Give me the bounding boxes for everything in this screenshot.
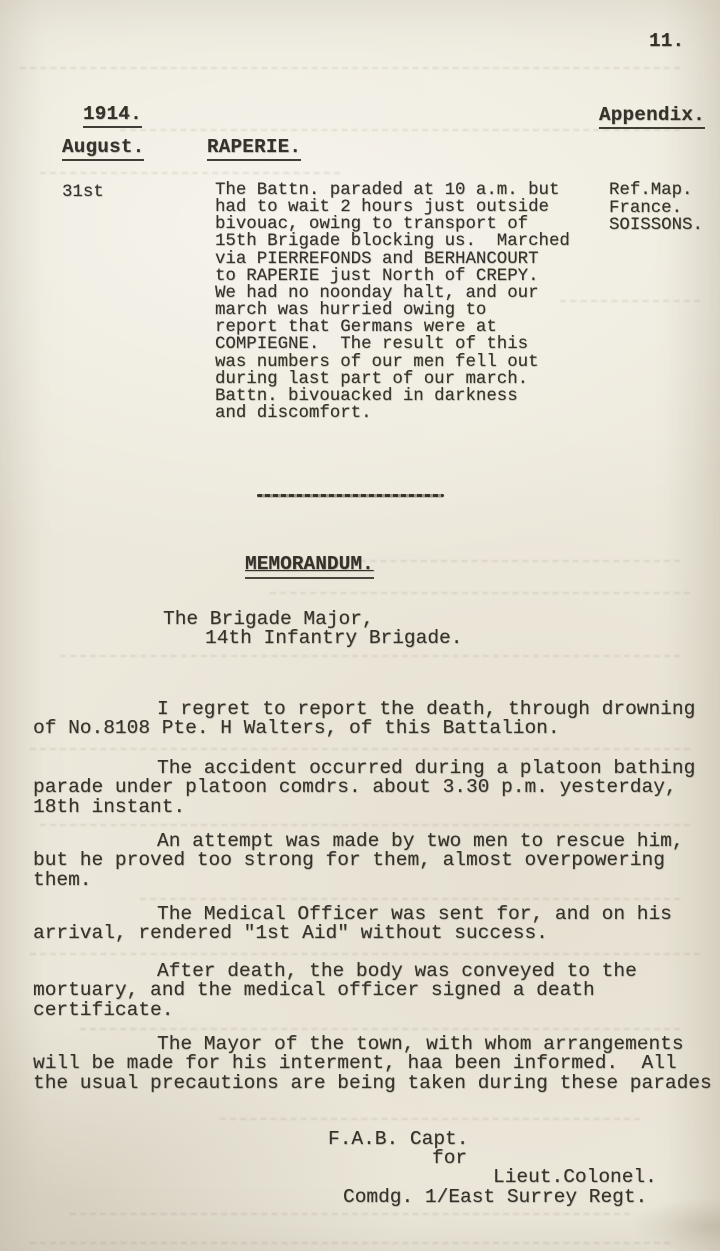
typed-line: via PIERREFONDS and BERHANCOURT <box>215 251 570 268</box>
typed-line: SOISSONS. <box>609 217 703 235</box>
month-heading: August. <box>62 136 144 161</box>
appendix-heading: Appendix. <box>599 104 705 129</box>
typed-line: mortuary, and the medical officer signed… <box>33 981 637 1000</box>
memo-paragraph: The Medical Officer was sent for, and on… <box>33 905 672 944</box>
typed-line: had to wait 2 hours just outside <box>215 199 570 216</box>
separator-rule <box>257 494 444 497</box>
typed-line: of No.8108 Pte. H Walters, of this Batta… <box>33 719 695 738</box>
typed-line: France. <box>609 200 703 218</box>
ghost-line <box>30 953 700 955</box>
map-reference-note: Ref.Map.France.SOISSONS. <box>609 182 703 235</box>
ghost-line <box>30 748 690 750</box>
memo-paragraph: After death, the body was conveyed to th… <box>33 962 637 1020</box>
page-number: 11. <box>649 30 684 52</box>
ghost-line <box>30 1242 670 1244</box>
ghost-line <box>70 1213 630 1215</box>
typed-line: COMPIEGNE. The result of this <box>215 336 570 353</box>
typed-line: was numbers of our men fell out <box>215 354 570 371</box>
typed-line: 15th Brigade blocking us. Marched <box>215 233 570 250</box>
typed-line: certificate. <box>33 1001 637 1020</box>
signature-rank: Lieut.Colonel. <box>493 1166 657 1188</box>
ghost-line <box>350 560 680 562</box>
typed-line: but he proved too strong for them, almos… <box>33 851 684 870</box>
addressee-line-2: 14th Infantry Brigade. <box>205 627 462 649</box>
ghost-line <box>40 824 690 826</box>
typed-line: the usual precautions are being taken du… <box>33 1074 712 1093</box>
typed-line: We had no noonday halt, and our <box>215 285 570 302</box>
typed-line: 18th instant. <box>33 798 695 817</box>
memorandum-heading: MEMORANDUM. <box>245 553 374 579</box>
typed-line: Battn. bivouacked in darkness <box>215 388 570 405</box>
memo-paragraph: An attempt was made by two men to rescue… <box>33 832 684 890</box>
signature-unit: Comdg. 1/East Surrey Regt. <box>343 1186 647 1208</box>
diary-entry-text: The Battn. paraded at 10 a.m. buthad to … <box>215 182 570 422</box>
ghost-line <box>220 1118 640 1120</box>
typed-line: during last part of our march. <box>215 371 570 388</box>
typed-line: parade under platoon comdrs. about 3.30 … <box>33 778 695 797</box>
memo-paragraph: I regret to report the death, through dr… <box>33 700 695 739</box>
ghost-line <box>60 655 680 657</box>
entry-date: 31st <box>62 183 104 202</box>
ghost-line <box>270 592 690 594</box>
typed-line: bivouac, owing to transport of <box>215 216 570 233</box>
typed-line: march was hurried owing to <box>215 302 570 319</box>
typed-line: and discomfort. <box>215 405 570 422</box>
typed-line: report that Germans were at <box>215 319 570 336</box>
ghost-line <box>120 129 680 131</box>
ghost-line <box>140 898 680 900</box>
ghost-line <box>20 67 680 69</box>
memo-paragraph: The Mayor of the town, with whom arrange… <box>33 1035 712 1093</box>
typed-line: will be made for his interment, haa been… <box>33 1054 712 1073</box>
ghost-line <box>80 1028 680 1030</box>
ghost-line <box>40 172 340 174</box>
typed-line: The Battn. paraded at 10 a.m. but <box>215 182 570 199</box>
typed-line: arrival, rendered "1st Aid" without succ… <box>33 924 672 943</box>
typed-line: Ref.Map. <box>609 182 703 200</box>
ghost-line <box>560 300 700 302</box>
memo-paragraph: The accident occurred during a platoon b… <box>33 759 695 817</box>
typed-line: to RAPERIE just North of CREPY. <box>215 268 570 285</box>
year-heading: 1914. <box>83 103 142 128</box>
document-page: 11. 1914. Appendix. August. RAPERIE. 31s… <box>0 0 720 1251</box>
signature-for: for <box>432 1147 467 1169</box>
place-heading: RAPERIE. <box>207 136 301 161</box>
typed-line: them. <box>33 871 684 890</box>
